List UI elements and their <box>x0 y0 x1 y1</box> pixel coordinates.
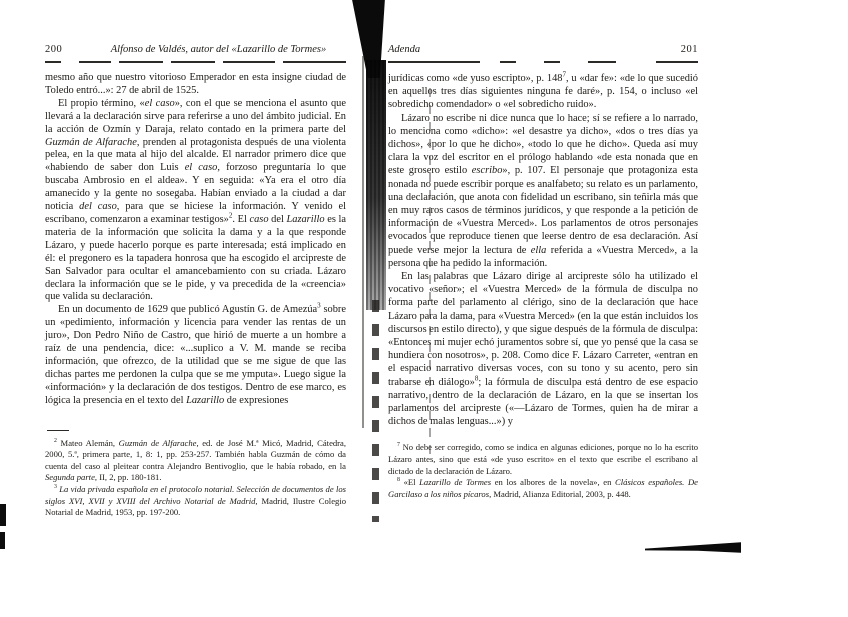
paragraph: 7 No debe ser corregido, como se indica … <box>388 442 698 477</box>
text-segment: caso <box>249 214 268 225</box>
paragraph: En las palabras que Lázaro dirige al arc… <box>388 270 698 428</box>
right-page-header: Adenda 201 <box>388 44 698 59</box>
text-segment: escribo <box>472 165 503 176</box>
right-header-rule <box>388 61 698 63</box>
text-segment: , Madrid, Alianza Editorial, 2003, p. 44… <box>489 489 631 499</box>
text-segment: Lazarillo <box>286 214 324 225</box>
right-page: Adenda 201 jurídicas como «de yuso escri… <box>388 44 698 500</box>
text-segment: el caso <box>145 98 175 109</box>
text-segment: «El <box>400 477 419 487</box>
paragraph: En un documento de 1629 que publicó Agus… <box>45 304 346 407</box>
text-segment: Mateo Alemán, <box>57 438 119 448</box>
right-page-number: 201 <box>681 44 698 55</box>
left-page-number: 200 <box>45 44 91 55</box>
text-segment: mesmo año que nuestro vitorioso Emperado… <box>45 72 346 96</box>
text-segment: , II, 2, pp. 180-181. <box>95 472 162 482</box>
text-segment: Guzmán de Alfarache <box>45 137 137 148</box>
paragraph: 8 «El Lazarillo de Tormes en los albores… <box>388 477 698 500</box>
text-segment: Segunda parte <box>45 472 95 482</box>
text-segment: En las palabras que Lázaro dirige al arc… <box>388 271 698 388</box>
paragraph: jurídicas como «de yuso escripto», p. 14… <box>388 72 698 112</box>
text-segment: el caso <box>185 162 218 173</box>
text-segment: . El <box>232 214 249 225</box>
scan-artifact-edge-mark <box>0 532 5 549</box>
right-running-title: Adenda <box>388 44 420 55</box>
paragraph: mesmo año que nuestro vitorioso Emperado… <box>45 72 346 98</box>
left-page-body: mesmo año que nuestro vitorioso Emperado… <box>45 72 346 408</box>
text-segment: El propio término, « <box>58 98 145 109</box>
text-segment: », p. 107. El personaje que protagoniza … <box>388 165 698 255</box>
left-footnote-separator <box>47 430 69 431</box>
scan-artifact-page-crease <box>429 88 431 460</box>
text-segment: del <box>269 214 287 225</box>
scan-artifact-gutter-band <box>366 60 386 310</box>
text-segment: No debe ser corregido, como se indica en… <box>388 442 698 475</box>
left-page: 200 Alfonso de Valdés, autor del «Lazari… <box>45 44 346 519</box>
text-segment: del caso <box>79 201 117 212</box>
text-segment: de expresiones <box>224 395 288 406</box>
right-page-body: jurídicas como «de yuso escripto», p. 14… <box>388 72 698 428</box>
paragraph: Lázaro no escribe ni dice nunca que lo h… <box>388 112 698 270</box>
left-page-header: 200 Alfonso de Valdés, autor del «Lazari… <box>45 44 346 59</box>
text-segment: jurídicas como «de yuso escripto», p. 14… <box>388 73 562 84</box>
paragraph: 2 Mateo Alemán, Guzmán de Alfarache, ed.… <box>45 438 346 484</box>
scan-artifact-edge-mark <box>0 504 6 526</box>
text-segment: Lazarillo de Tormes <box>419 477 491 487</box>
text-segment: es la materia de la información que soli… <box>45 214 346 302</box>
left-page-footnotes: 2 Mateo Alemán, Guzmán de Alfarache, ed.… <box>45 438 346 519</box>
scan-artifact-bottom-bar <box>645 542 741 553</box>
text-segment: en los albores de la novela», en <box>491 477 615 487</box>
text-segment: Lazarillo <box>186 395 224 406</box>
text-segment: sobre un «pedimiento, información y lice… <box>45 304 346 405</box>
left-header-rule <box>45 61 346 63</box>
text-segment: Guzmán de Alfarache <box>119 438 197 448</box>
right-page-footnotes: 7 No debe ser corregido, como se indica … <box>388 442 698 500</box>
paragraph: El propio término, «el caso», con el que… <box>45 98 346 305</box>
paragraph: 3 La vida privada española en el protoco… <box>45 484 346 519</box>
scan-artifact-gutter-dashes <box>372 300 379 522</box>
scanned-book-spread: { "colors": { "paper": "#ffffff", "ink":… <box>0 0 848 617</box>
text-segment: ella <box>531 245 547 256</box>
left-running-title: Alfonso de Valdés, autor del «Lazarillo … <box>91 44 346 55</box>
text-segment: En un documento de 1629 que publicó Agus… <box>58 304 317 315</box>
scan-artifact-gutter-line <box>362 56 364 428</box>
